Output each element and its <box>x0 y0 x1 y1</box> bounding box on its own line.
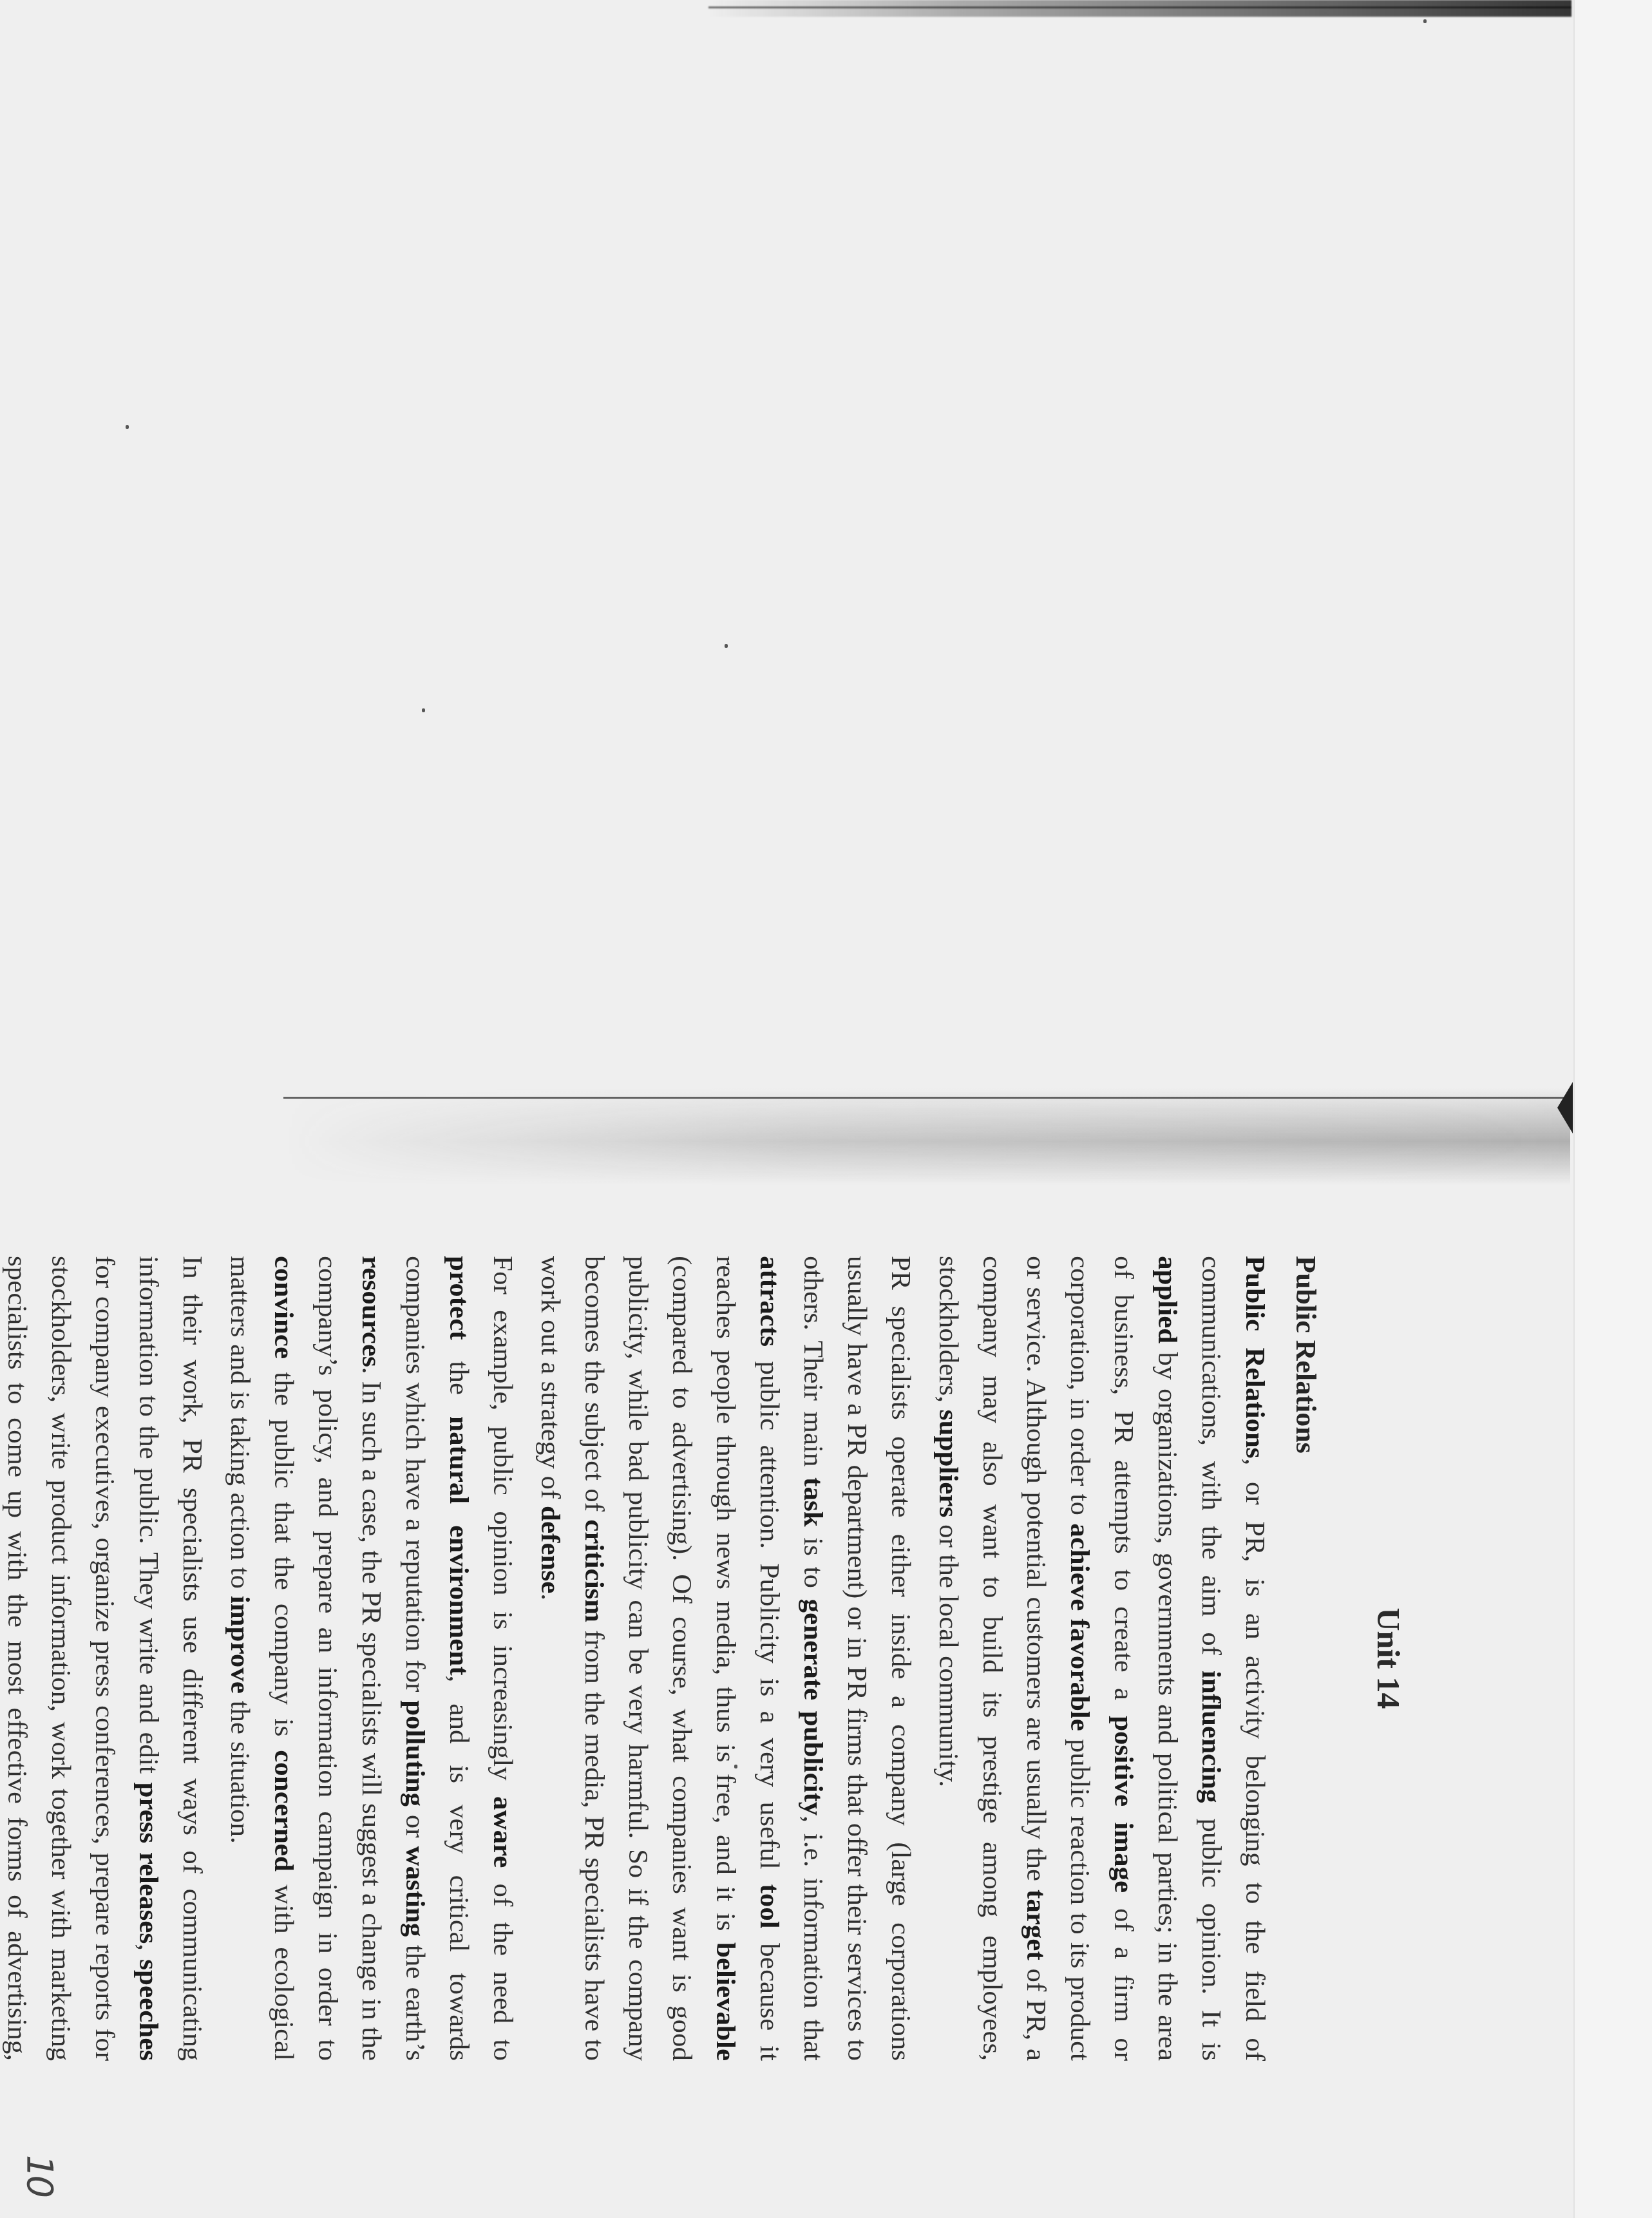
bold-term: influencing <box>1196 1671 1226 1803</box>
body-text: Public Relations, or PR, is an activity … <box>0 1256 1277 2061</box>
book-spine-line <box>283 1097 1570 1099</box>
text-run: or the local community. <box>933 1517 964 1787</box>
book-spine-shadow <box>283 1088 1570 1185</box>
bold-term: generate publicity <box>798 1599 828 1816</box>
bold-term: press releases <box>133 1782 164 1944</box>
text-run: of the need to <box>488 1868 518 2061</box>
spine-shadow-tip <box>1557 1082 1573 1133</box>
text-run: for company executives, organize press c… <box>0 1256 120 2061</box>
text-run: . <box>535 1593 565 1600</box>
bold-term: criticism <box>579 1519 609 1622</box>
text-run: the earth’s <box>400 1937 430 2061</box>
bold-term: polluting <box>400 1700 430 1806</box>
text-run: the public that the company is <box>269 1359 299 1750</box>
unit-title: Unit 14 <box>1370 1256 1407 2061</box>
text-run: is to <box>798 1527 828 1599</box>
bold-term: natural environment <box>444 1416 474 1676</box>
paragraph: For example, public opinion is increasin… <box>218 1256 524 2061</box>
text-run: or <box>400 1806 430 1846</box>
scan-page-edge <box>1573 0 1652 2218</box>
bold-term: convince <box>269 1256 299 1359</box>
bold-term: defense <box>535 1506 565 1593</box>
bold-term: believable <box>710 1942 741 2061</box>
paragraph: In their work, PR specialists use differ… <box>0 1256 214 2061</box>
bold-term: positive image <box>1108 1716 1139 1893</box>
bold-term: improve <box>225 1596 255 1694</box>
bold-term: task <box>798 1477 828 1526</box>
text-run: the situation. <box>225 1694 255 1844</box>
bold-term: aware <box>488 1796 518 1868</box>
text-run: public opinion. It is <box>1196 1803 1226 2061</box>
rotated-page-content: Unit 14 Public Relations Public Relation… <box>180 1256 1327 2061</box>
bold-term: applied <box>1152 1256 1182 1343</box>
text-run: For example, public opinion is increasin… <box>488 1256 518 1796</box>
bold-term: target <box>1021 1890 1051 1960</box>
bold-term: wasting <box>400 1846 430 1937</box>
scan-speck <box>1423 19 1427 23</box>
section-heading: Public Relations <box>1284 1256 1327 2061</box>
scan-speck <box>126 425 129 429</box>
text-run: , i.e. information that <box>798 1815 828 2061</box>
paragraph: PR specialists operate either inside a c… <box>528 1256 922 2061</box>
text-run: the <box>444 1340 474 1417</box>
text-run: . In such a case, the PR specialists wil… <box>312 1256 386 2061</box>
bold-term: protect <box>444 1256 474 1340</box>
text-run: public attention. Publicity is a very us… <box>754 1347 784 1884</box>
bold-term: suppliers <box>933 1410 964 1517</box>
bold-term: attracts <box>754 1256 784 1347</box>
bold-term: speeches <box>133 1959 164 2061</box>
scan-top-shadow <box>708 0 1571 17</box>
bold-term: achieve favorable <box>1065 1523 1095 1731</box>
bold-term: concerned <box>269 1750 299 1872</box>
scan-speck <box>422 708 425 712</box>
text-run: , <box>133 1944 164 1959</box>
bold-term: tool <box>754 1884 784 1928</box>
scan-speck <box>725 644 728 648</box>
bold-term: resources <box>356 1256 386 1367</box>
paragraph: Public Relations, or PR, is an activity … <box>926 1256 1277 2061</box>
bold-term: Public Relations <box>1240 1256 1270 1459</box>
handwritten-page-number: 10 <box>19 2155 61 2195</box>
